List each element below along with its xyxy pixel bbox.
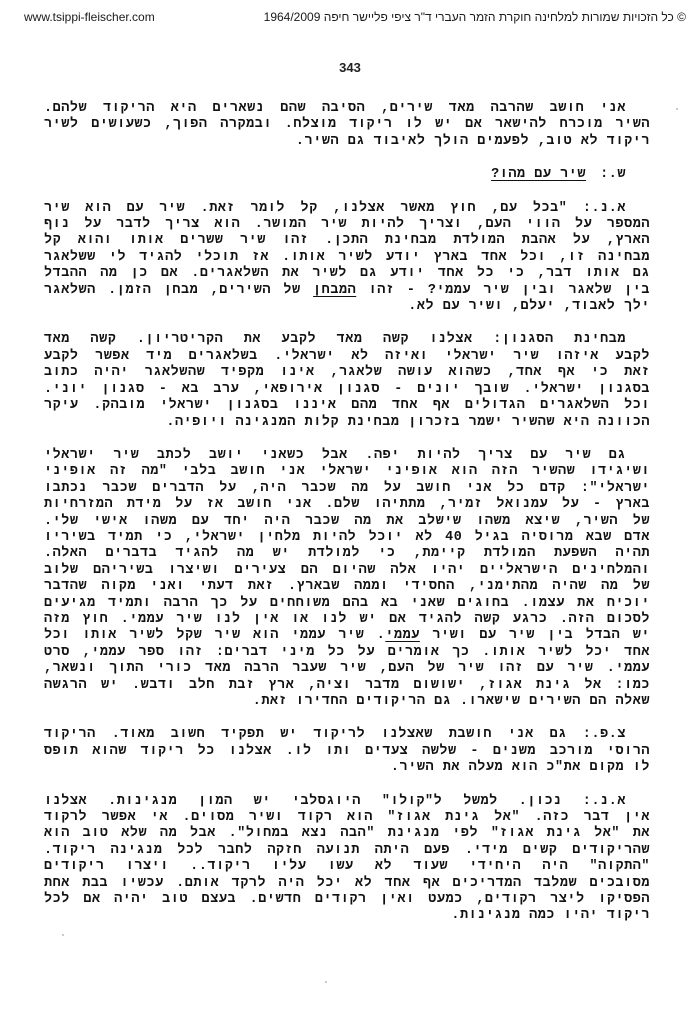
paragraph: מבחינת הסגנון: אצלנו קשה מאד לקבע את הקר… [44,332,650,430]
text-line: הפסיקו ליצר רקודים, כמעט ואין רקודים חדש… [44,892,650,908]
document-body: אני חושב שהרבה מאד שירים, הסיבה שהם נשאר… [44,101,650,925]
text-line: הארץ, על אהבת המולדת מבחינת התכן. זהו שי… [44,233,650,249]
text-line: תהיה השפעת המולדת קיימת, כי למולדת יש מה… [44,546,650,562]
paragraph-gap [44,777,650,794]
scan-speckle [325,981,327,983]
text-line: ריקוד יהיו כמה מנגינות. [44,908,650,924]
paragraph: א.נ.: נכון. למשל ל"קולו" היוגסלבי יש המו… [44,794,650,925]
underlined-phrase: עממי [385,628,420,643]
text-line: אין דבר כזה. "אל גינת אגוז" הוא רקוד ושי… [44,810,650,826]
text-line: א.נ.: נכון. למשל ל"קולו" היוגסלבי יש המו… [44,794,650,810]
paragraph-gap [44,315,650,332]
text-line: ישראלי": קדם כל אני חושב על מה שכבר היה,… [44,481,650,497]
question-label: ש.: [600,167,626,182]
text-line: בין שלאגר ובין שיר עממי? - זהו המבחן של … [44,283,650,299]
text-line: השיר מוכרח להישאר אם יש לו ריקוד מוצלח. … [44,117,650,133]
text-line: צ.פ.: גם אני חושבת שאצלנו לריקוד יש תפקי… [44,727,650,743]
text-line: אני חושב שהרבה מאד שירים, הסיבה שהם נשאר… [44,101,650,117]
text-line: אדם שבא מרוסיה בגיל 40 לא יוכל להיות מלח… [44,530,650,546]
text-line: את "אל גינת אגוז" לפי מנגינת "הבה נצא במ… [44,826,650,842]
text-line: שאלה הם השירים שישארו. גם הריקודים החדיר… [44,694,650,710]
paragraph-gap [44,184,650,201]
paragraph: צ.פ.: גם אני חושבת שאצלנו לריקוד יש תפקי… [44,727,650,776]
paragraph: אני חושב שהרבה מאד שירים, הסיבה שהם נשאר… [44,101,650,150]
text-line: גם אותו דבר, כי כל אחד יודע גם לשיר את ה… [44,266,650,282]
paragraph-gap [44,710,650,727]
text-line: בארץ - על עמנואל זמיר, מתתיהו שלם. אני ח… [44,497,650,513]
paragraph: גם שיר עם צריך להיות יפה. אבל כשאני יושב… [44,448,650,711]
scan-speckle [62,934,64,936]
text-line: גם שיר עם צריך להיות יפה. אבל כשאני יושב… [44,448,650,464]
text-line: מסובכים שמלבד המדריכים אף אחד לא יכל היה… [44,876,650,892]
text-line: המספר על הווי העם, וצריך להיות שיר המושר… [44,217,650,233]
page-header: www.tsippi-fleischer.com © כל הזכויות שמ… [24,10,686,28]
question-text: שיר עם מהו? [491,167,586,182]
text-line: עממי. שיר עם זהו שיר של העם, שיר שעבר הר… [44,661,650,677]
text-line: מבחינה זו, וכל אחד בארץ יודע לשיר אותו. … [44,250,650,266]
text-line: הרוסי מורכב משנים - שלשה צעדים ותו לו. א… [44,744,650,760]
text-line: יש הבדל בין שיר עם ושיר עממי. שיר עממי ה… [44,628,650,644]
text-line: "התקוה" היה היחידי שעוד לא עשו עליו ריקו… [44,859,650,875]
text-line: ושיגידו שהשיר הזה הוא אופיני ישראלי אני … [44,464,650,480]
text-line: של השיר, שיצא משהו שישלב את מה שכבר היה … [44,514,650,530]
underlined-phrase: המבחן [313,283,356,298]
text-line: כמו: אל גינת אגוז, ישושום מדבר וציה, ארץ… [44,678,650,694]
text-line: בסגנון ישראלי. שובך יונים - סגנון אירופא… [44,382,650,398]
text-line: ריקוד לא טוב, לפעמים הולך לאיבוד גם השיר… [44,134,650,150]
text-line: אחד יכל לשיר אותו. כך אומרים על כל מיני … [44,645,650,661]
paragraph-gap [44,431,650,448]
page-number: 343 [0,60,700,75]
site-url[interactable]: www.tsippi-fleischer.com [24,10,155,24]
paragraph-gap [44,150,650,167]
text-line: וכל השלאגרים הגדולים אף אחד מהם איננו בס… [44,398,650,414]
text-line: מבחינת הסגנון: אצלנו קשה מאד לקבע את הקר… [44,332,650,348]
text-line: זאת כי אף אחד, כשהוא עושה שלאגר, אינו מק… [44,365,650,381]
text-line: והמלחינים הישראליים יהיו אלה שהיום הם צע… [44,563,650,579]
question-paragraph: ש.:שיר עם מהו? [44,167,650,183]
text-line: א.נ.: "בכל עם, חוץ מאשר אצלנו, קל לומר ז… [44,201,650,217]
question-line: ש.:שיר עם מהו? [44,167,650,183]
text-line: לו מקום את"כ הוא מעלה את השיר. [44,760,650,776]
scan-speckle [676,108,678,110]
copyright-notice: © כל הזכויות שמורות למלחינה חוקרת הזמר ה… [264,10,686,24]
text-line: ילך לאבוד, יעלם, ושיר עם לא. [44,299,650,315]
text-line: שהריקודים קשים מידי. פעם היתה תנועה חזקה… [44,843,650,859]
text-line: לסכום הזה. כרגע קשה להגיד אם יש לנו או א… [44,612,650,628]
text-line: יוכיח את עצמו. בחוגים שאני בא בהם משוחחי… [44,596,650,612]
text-line: של מה שהיה מהתימני, החסידי וממה שבארץ. ז… [44,579,650,595]
text-line: לקבע איזהו שיר ישראלי ואיזה לא ישראלי. ב… [44,349,650,365]
text-line: הכוונה היא שהשיר ישמר בזכרון מבחינת קלות… [44,415,650,431]
paragraph: א.נ.: "בכל עם, חוץ מאשר אצלנו, קל לומר ז… [44,201,650,316]
